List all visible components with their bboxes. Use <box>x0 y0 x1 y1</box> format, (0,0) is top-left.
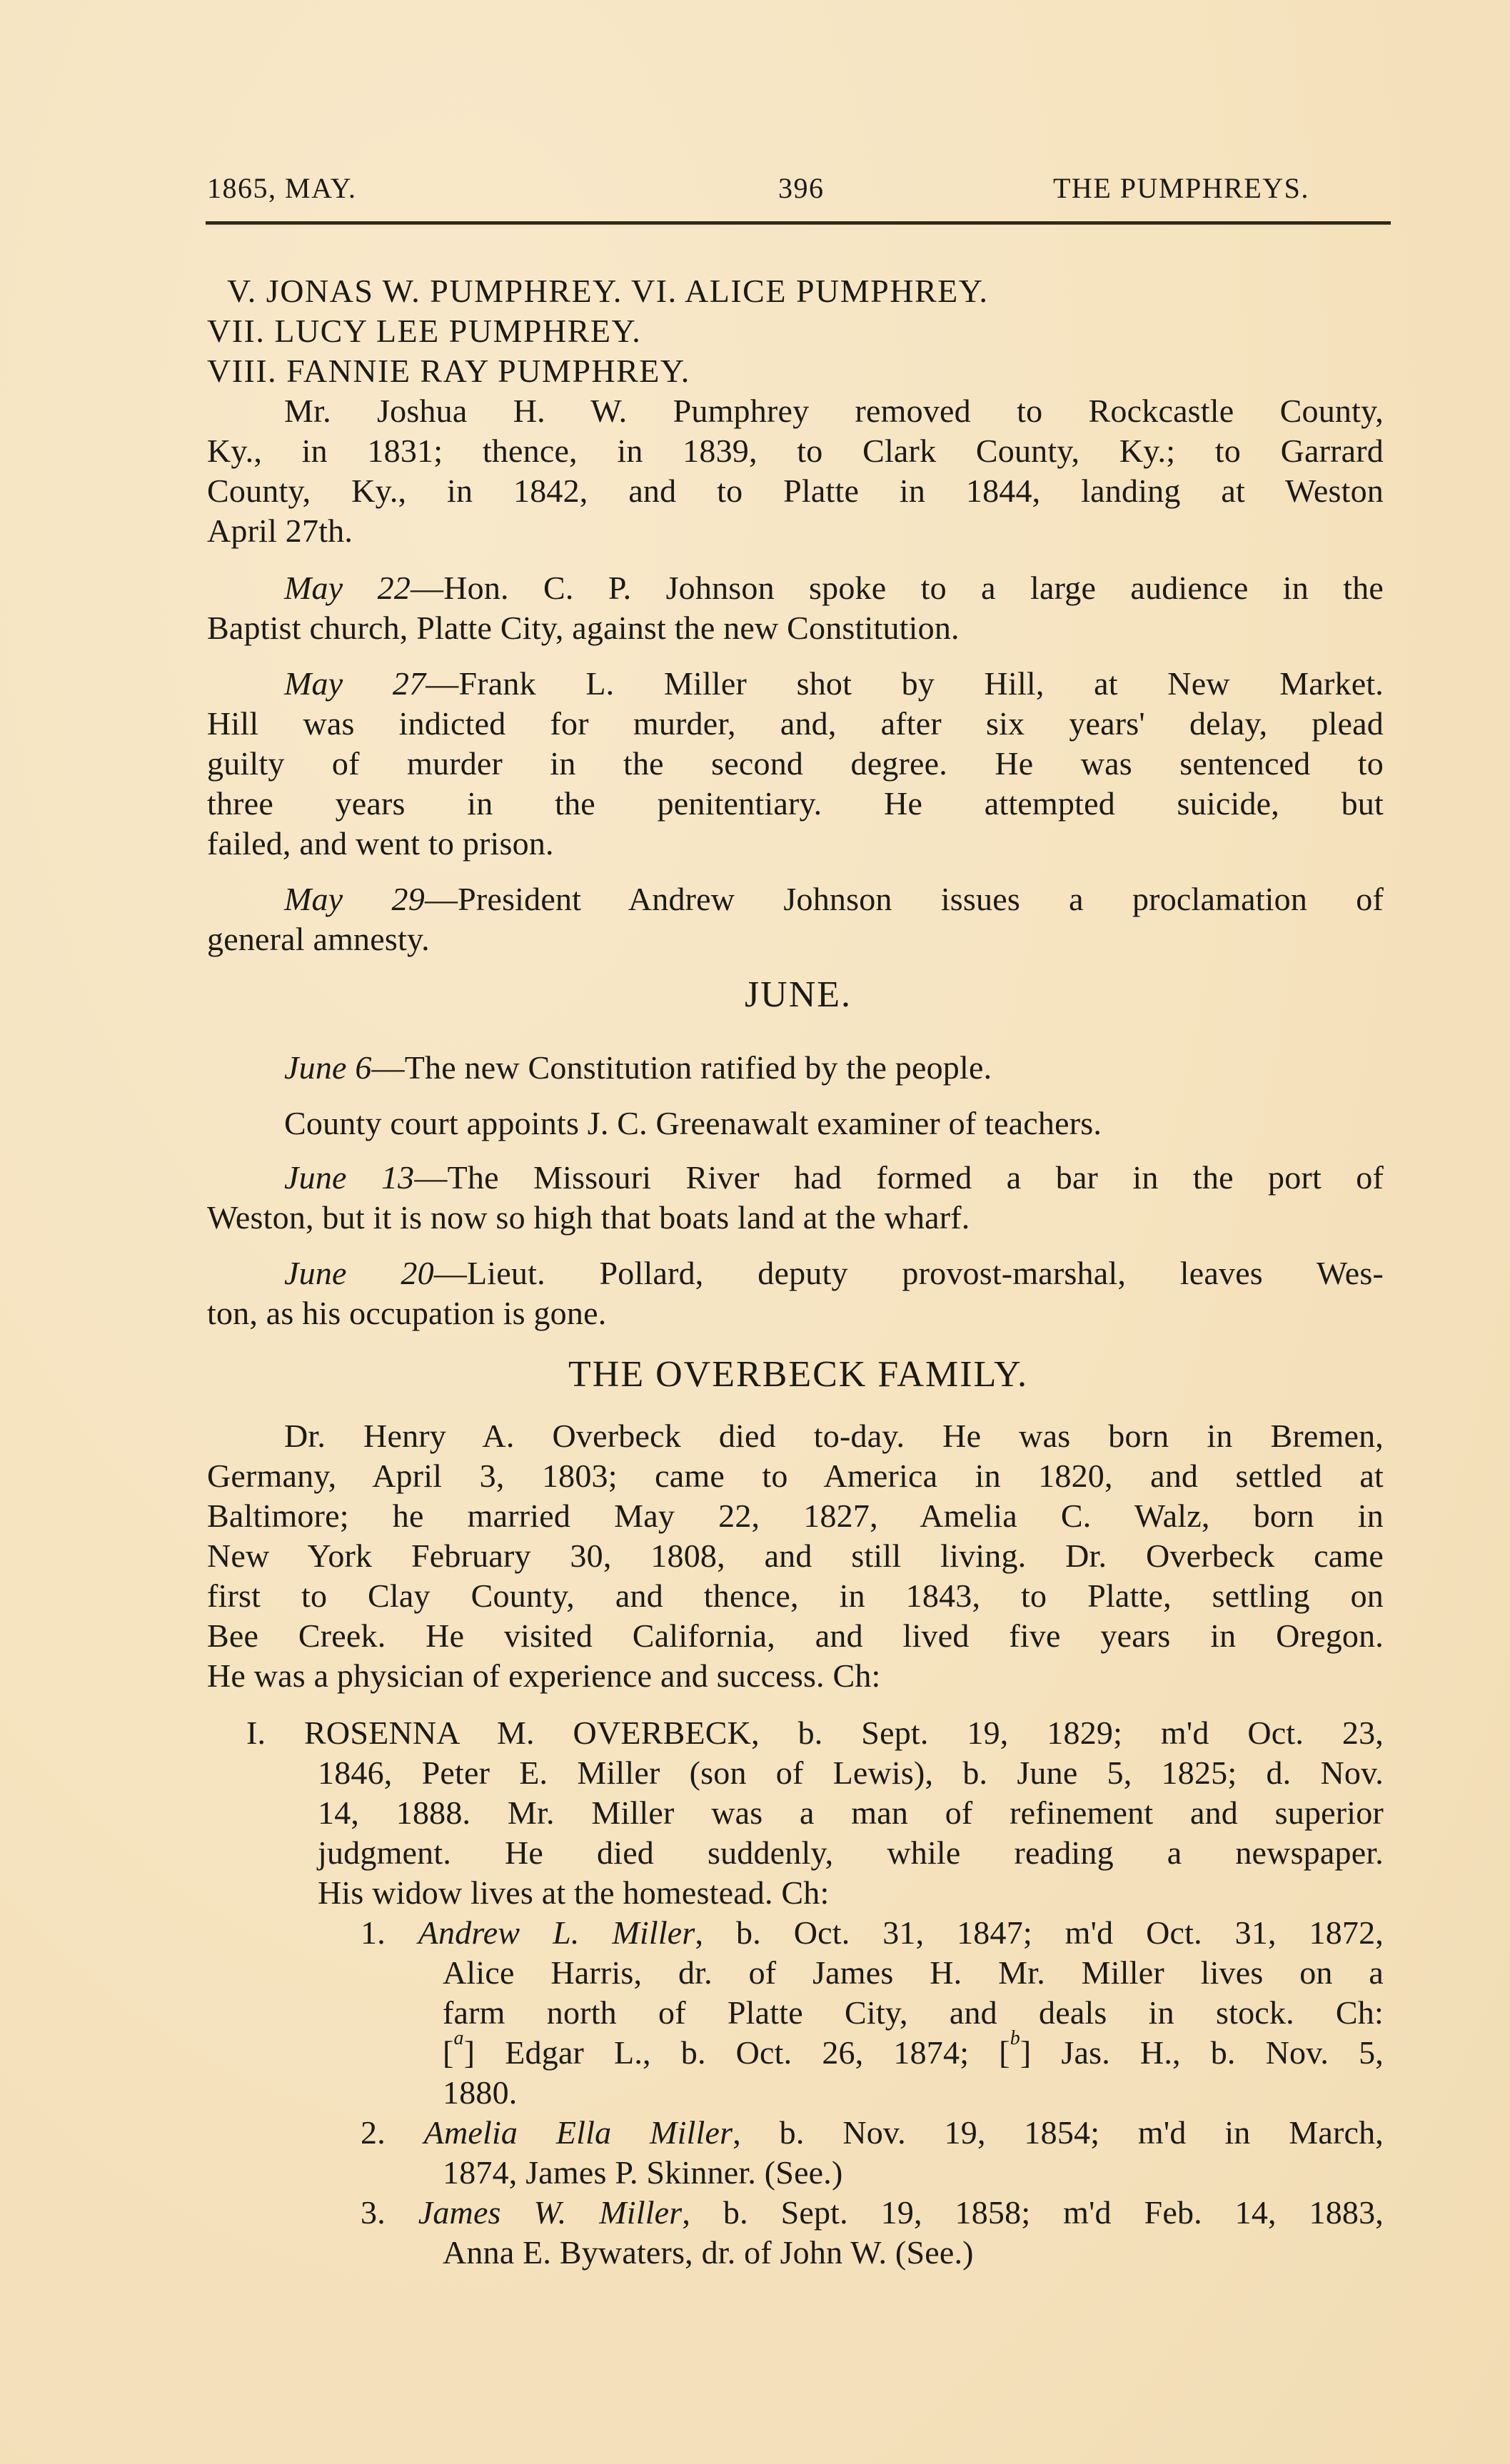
child-name: Andrew L. Miller <box>418 1914 695 1951</box>
paragraph-line: 1874, James P. Skinner. (See.) <box>443 2153 843 2193</box>
paragraph-line: ton, as his occupation is gone. <box>207 1293 606 1333</box>
paragraph-line: County court appoints J. C. Greenawalt e… <box>284 1104 1102 1143</box>
child-entry: VIII. FANNIE RAY PUMPHREY. <box>207 351 690 391</box>
entry-date: May 27 <box>284 665 426 702</box>
genealogy-child-1: 1. Andrew L. Miller, b. Oct. 31, 1847; m… <box>361 1913 1384 1953</box>
genealogy-child-2: 2. Amelia Ella Miller, b. Nov. 19, 1854;… <box>361 2113 1384 2153</box>
running-header-left: 1865, MAY. <box>207 171 357 205</box>
paragraph-line: Germany, April 3, 1803; came to America … <box>207 1456 1384 1496</box>
child-name: James W. Miller <box>418 2194 683 2231</box>
section-heading-overbeck: THE OVERBECK FAMILY. <box>206 1353 1391 1395</box>
paragraph-line: judgment. He died suddenly, while readin… <box>318 1833 1384 1873</box>
paragraph-line: Alice Harris, dr. of James H. Mr. Miller… <box>443 1953 1384 1993</box>
entry-date: June 6 <box>284 1049 372 1086</box>
paragraph-line: three years in the penitentiary. He atte… <box>207 784 1384 824</box>
paragraph-line: 1846, Peter E. Miller (son of Lewis), b.… <box>318 1753 1384 1793</box>
genealogy-child-3: 3. James W. Miller, b. Sept. 19, 1858; m… <box>361 2193 1384 2233</box>
paragraph-line: April 27th. <box>207 511 353 551</box>
entry-date: June 13 <box>284 1159 414 1196</box>
header-rule <box>206 221 1391 225</box>
grandchildren-line: [a] Edgar L., b. Oct. 26, 1874; [b] Jas.… <box>443 2033 1384 2073</box>
entry-may-22: May 22—Hon. C. P. Johnson spoke to a lar… <box>284 568 1384 608</box>
paragraph-line: farm north of Platte City, and deals in … <box>443 1993 1384 2033</box>
paragraph-line: Weston, but it is now so high that boats… <box>207 1198 970 1238</box>
paragraph-line: Bee Creek. He visited California, and li… <box>207 1616 1384 1656</box>
paragraph-line: Anna E. Bywaters, dr. of John W. (See.) <box>443 2233 974 2273</box>
paragraph-line: general amnesty. <box>207 919 430 959</box>
paragraph-line: Baltimore; he married May 22, 1827, Amel… <box>207 1496 1384 1536</box>
paragraph-line: 1880. <box>443 2073 518 2113</box>
paragraph-line: His widow lives at the homestead. Ch: <box>318 1873 829 1913</box>
running-header-right: THE PUMPHREYS. <box>1053 171 1309 205</box>
paragraph-line: Hill was indicted for murder, and, after… <box>207 704 1384 744</box>
paragraph-line: Ky., in 1831; thence, in 1839, to Clark … <box>207 431 1384 471</box>
entry-date: May 22 <box>284 570 411 606</box>
entry-june-13: June 13—The Missouri River had formed a … <box>284 1158 1384 1198</box>
paragraph-line: guilty of murder in the second degree. H… <box>207 744 1384 784</box>
child-entry: V. JONAS W. PUMPHREY. VI. ALICE PUMPHREY… <box>227 271 989 311</box>
paragraph-line: He was a physician of experience and suc… <box>207 1656 881 1696</box>
paragraph-line: Baptist church, Platte City, against the… <box>207 608 960 648</box>
entry-june-20: June 20—Lieut. Pollard, deputy provost-m… <box>284 1253 1384 1293</box>
genealogy-entry-rosenna: I. ROSENNA M. OVERBECK, b. Sept. 19, 182… <box>246 1713 1384 1753</box>
paragraph-line: Mr. Joshua H. W. Pumphrey removed to Roc… <box>284 391 1384 431</box>
paragraph-line: failed, and went to prison. <box>207 824 554 864</box>
paragraph-line: County, Ky., in 1842, and to Platte in 1… <box>207 471 1384 511</box>
paragraph-line: New York February 30, 1808, and still li… <box>207 1536 1384 1576</box>
paragraph-line: Dr. Henry A. Overbeck died to-day. He wa… <box>284 1416 1384 1456</box>
entry-may-29: May 29—President Andrew Johnson issues a… <box>284 879 1384 919</box>
paragraph-line: 14, 1888. Mr. Miller was a man of refine… <box>318 1793 1384 1833</box>
section-heading-june: JUNE. <box>206 974 1391 1016</box>
child-name: Amelia Ella Miller <box>424 2114 733 2151</box>
entry-may-27: May 27—Frank L. Miller shot by Hill, at … <box>284 664 1384 704</box>
paragraph-line: first to Clay County, and thence, in 184… <box>207 1576 1384 1616</box>
page-number: 396 <box>778 171 825 205</box>
entry-date: May 29 <box>284 881 425 917</box>
entry-june-6: June 6—The new Constitution ratified by … <box>284 1048 992 1088</box>
child-entry: VII. LUCY LEE PUMPHREY. <box>207 311 641 351</box>
entry-date: June 20 <box>284 1255 434 1291</box>
